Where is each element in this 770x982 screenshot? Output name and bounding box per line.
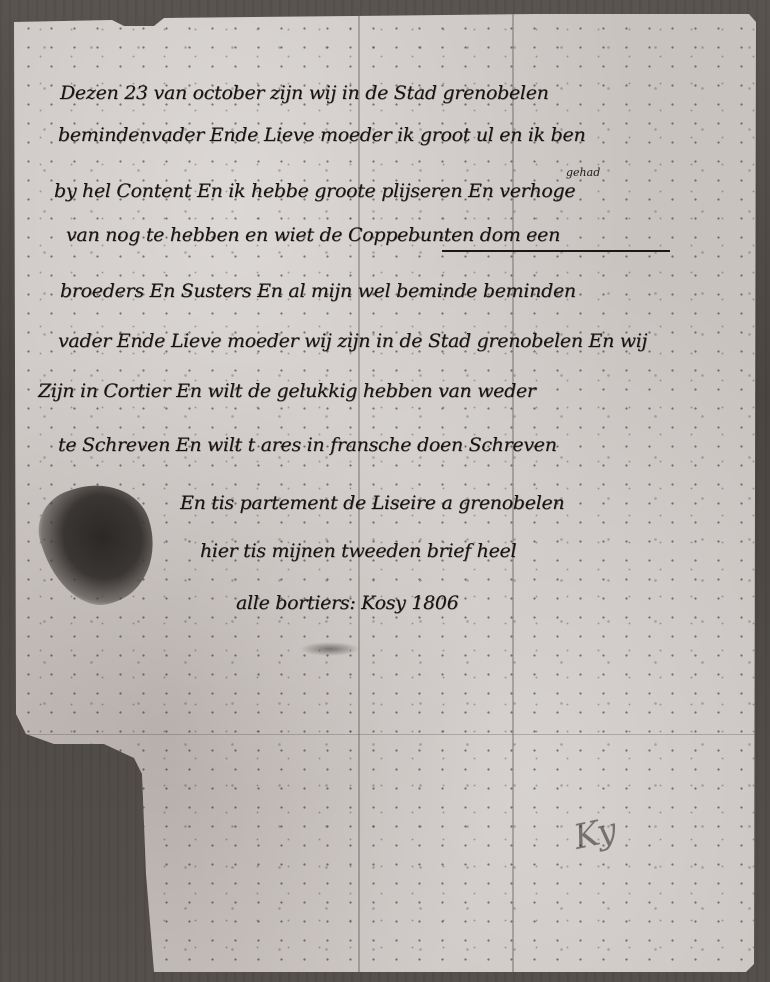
interlinear-note: gehad bbox=[566, 166, 600, 179]
ink-smudge bbox=[300, 642, 360, 656]
letter-line-9: En tis partement de Liseire a grenobelen bbox=[180, 492, 564, 514]
letter-line-1: Dezen 23 van october zijn wij in de Stad… bbox=[60, 82, 549, 104]
letter-line-7: Zijn in Cortier En wilt de gelukkig hebb… bbox=[38, 380, 536, 402]
letter-line-3: by hel Content En ik hebbe groote plijse… bbox=[54, 180, 575, 202]
letter-line-6: vader Ende Lieve moeder wij zijn in de S… bbox=[58, 330, 647, 352]
letter-line-8: te Schreven En wilt t ares in fransche d… bbox=[58, 434, 557, 456]
underline-stroke bbox=[442, 250, 670, 252]
letter-line-10: hier tis mijnen tweeden brief heel bbox=[200, 540, 516, 562]
letter-line-2: bemindenvader Ende Lieve moeder ik groot… bbox=[58, 124, 585, 146]
letter-line-11-signature: alle bortiers: Kosy 1806 bbox=[236, 592, 458, 614]
letter-line-5: broeders En Susters En al mijn wel bemin… bbox=[60, 280, 576, 302]
letter-line-4: van nog te hebben en wiet de Coppebunten… bbox=[66, 224, 560, 246]
fold-line-horizontal bbox=[14, 734, 756, 735]
